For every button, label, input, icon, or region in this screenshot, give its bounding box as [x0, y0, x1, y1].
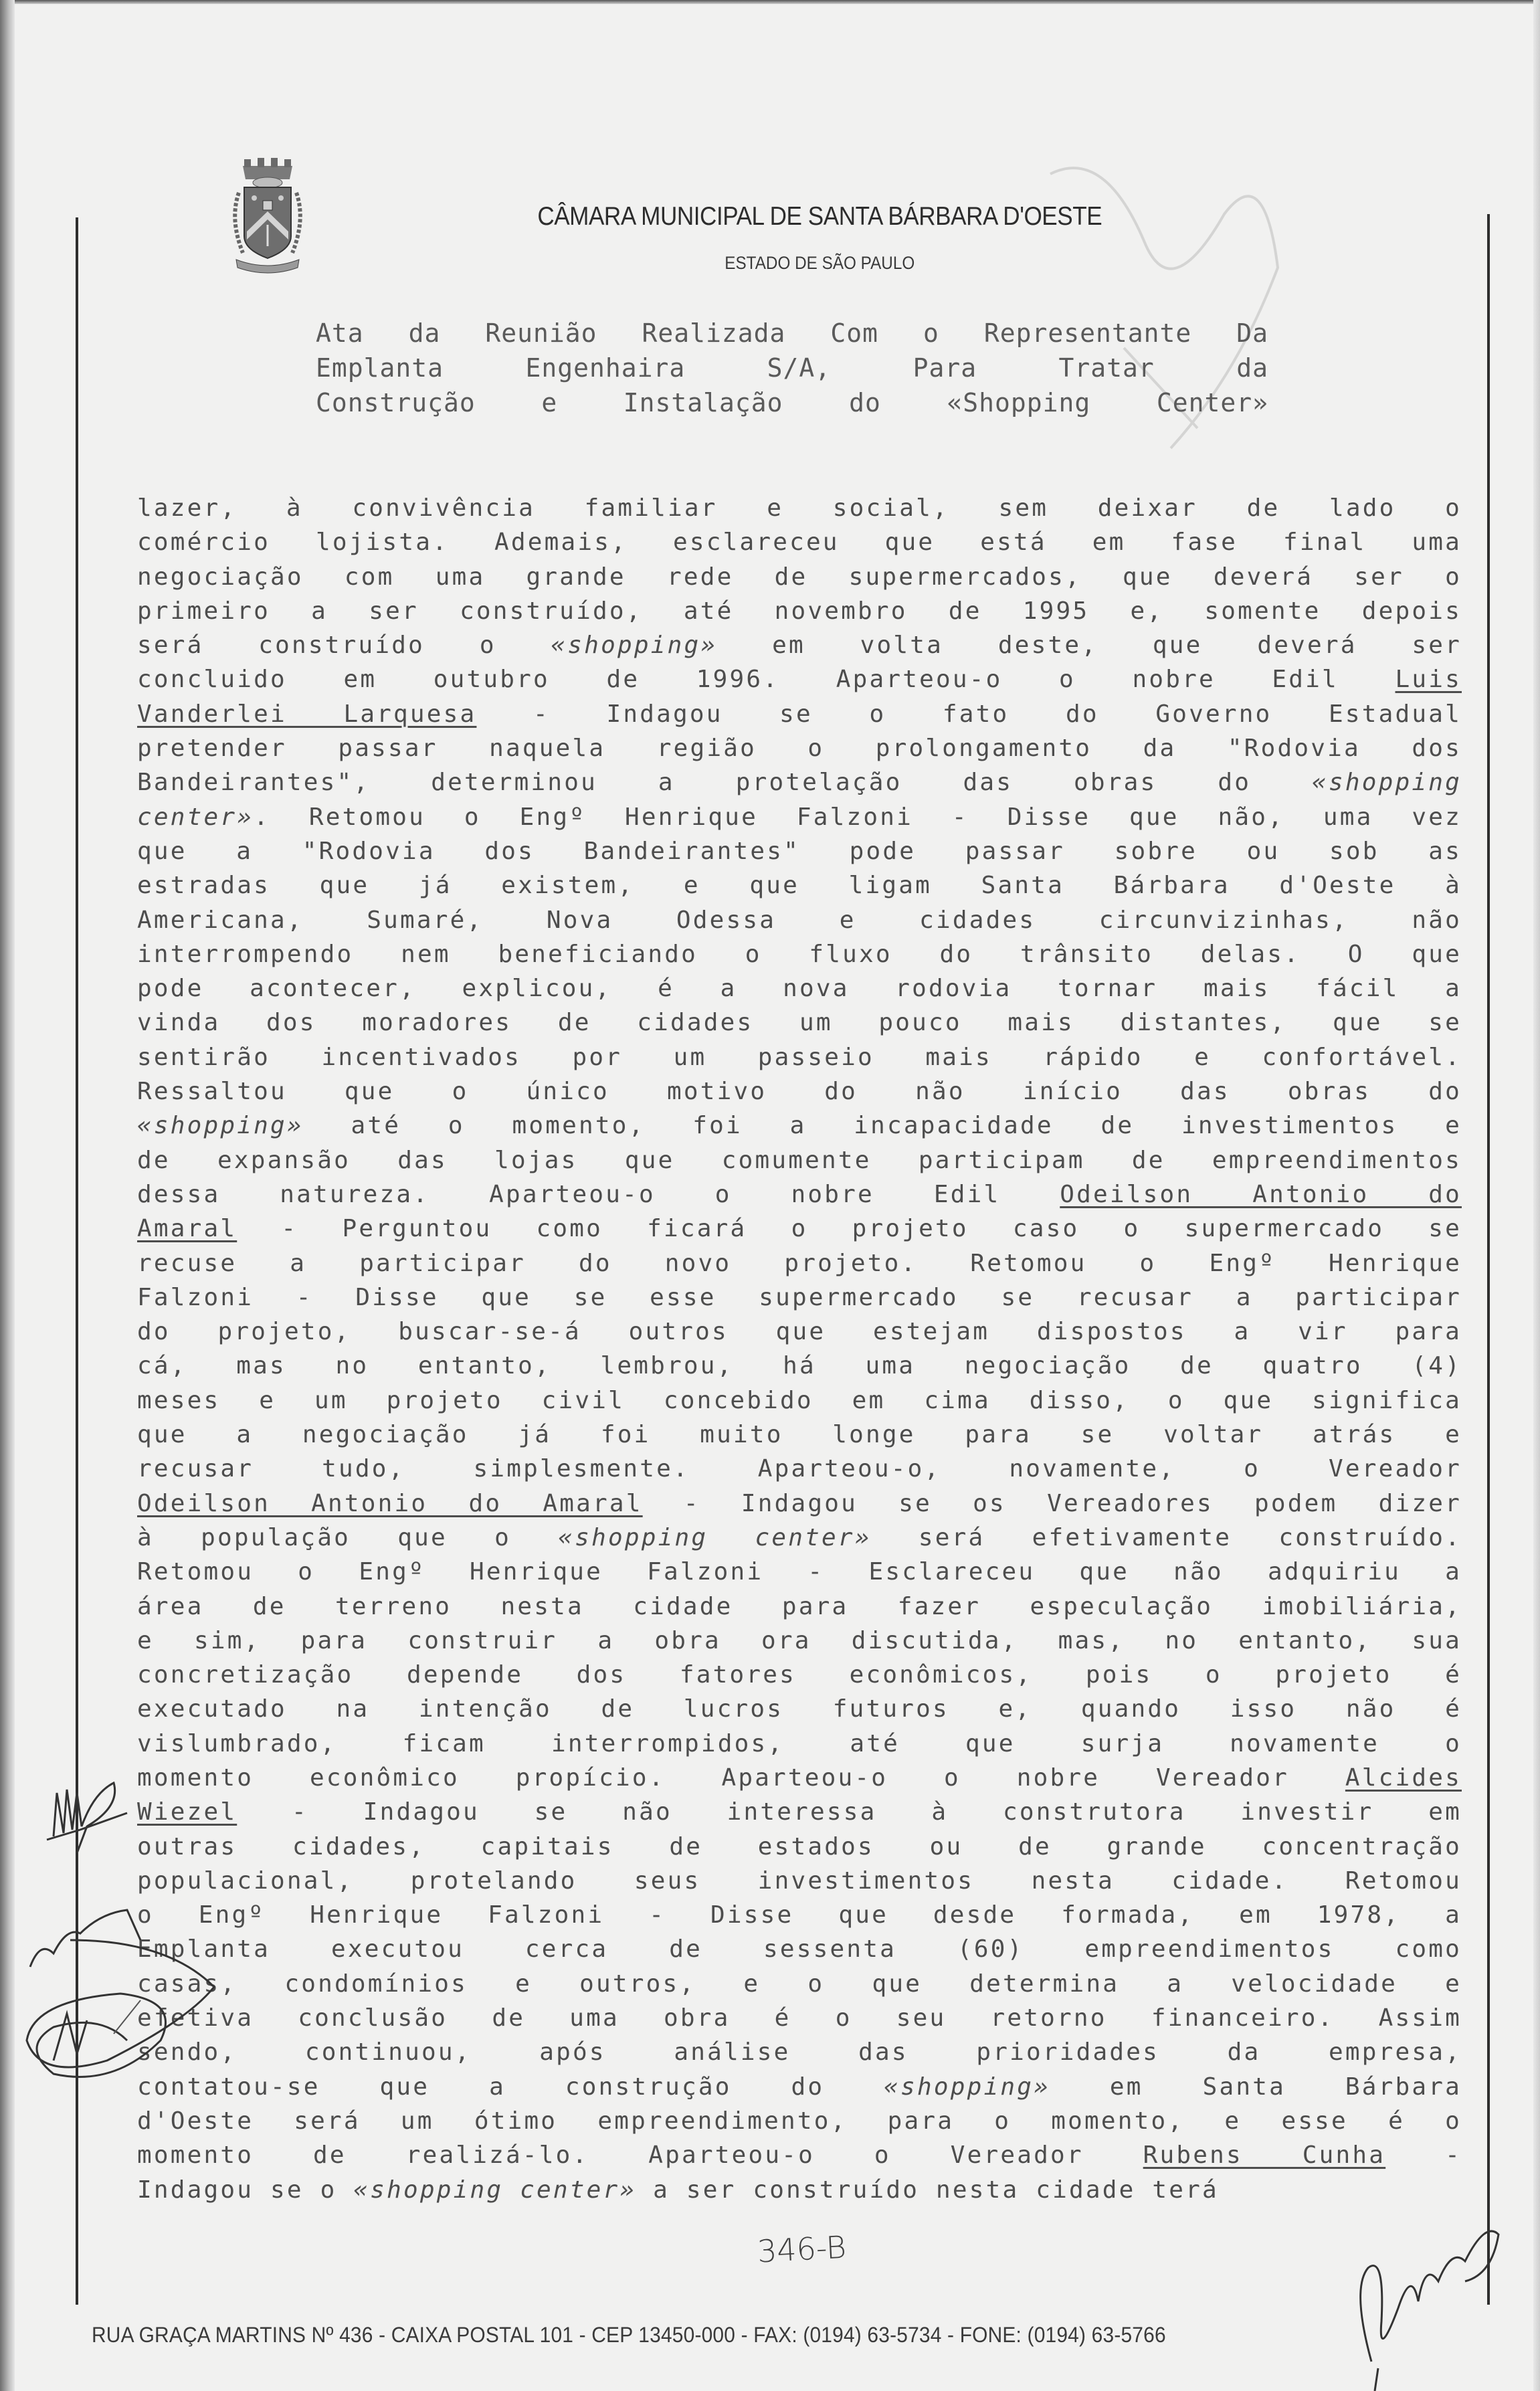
body-text-run: - Indagou se não interessa à construtora…	[237, 1798, 1462, 1826]
emphasized-term: «shopping»	[884, 2073, 1050, 2101]
body-line: interrompendo nem beneficiando o fluxo d…	[137, 937, 1462, 971]
body-line: à população que o «shopping center» será…	[137, 1521, 1462, 1555]
body-text-run: . Retomou o Engº Henrique Falzoni - Diss…	[254, 803, 1462, 831]
body-text-run: que a "Rodovia dos Bandeirantes" pode pa…	[137, 838, 1462, 865]
body-line: que a "Rodovia dos Bandeirantes" pode pa…	[137, 834, 1462, 868]
body-line: recusar tudo, simplesmente. Aparteou-o, …	[137, 1452, 1462, 1486]
body-text-run: à população que o	[137, 1524, 558, 1551]
speaker-name: Amaral	[137, 1215, 237, 1242]
body-text-run: pode acontecer, explicou, é a nova rodov…	[137, 975, 1462, 1002]
body-line: Americana, Sumaré, Nova Odessa e cidades…	[137, 903, 1462, 937]
body-text-run: efetiva conclusão de uma obra é o seu re…	[137, 2004, 1462, 2032]
body-line: Amaral - Perguntou como ficará o projeto…	[137, 1212, 1462, 1246]
body-line: casas, condomínios e outros, e o que det…	[137, 1967, 1462, 2001]
body-text-run: do projeto, buscar-se-á outros que estej…	[137, 1318, 1462, 1345]
speaker-name: Odeilson Antonio do	[1060, 1181, 1462, 1208]
body-line: sendo, continuou, após análise das prior…	[137, 2035, 1462, 2069]
body-text-run: Bandeirantes", determinou a protelação d…	[137, 769, 1312, 796]
body-line: meses e um projeto civil concebido em ci…	[137, 1383, 1462, 1418]
body-line: Retomou o Engº Henrique Falzoni - Esclar…	[137, 1555, 1462, 1589]
body-line: primeiro a ser construído, até novembro …	[137, 594, 1462, 628]
emphasized-term: «shopping center»	[558, 1524, 871, 1551]
body-line: concretização depende dos fatores econôm…	[137, 1658, 1462, 1692]
body-line: efetiva conclusão de uma obra é o seu re…	[137, 2001, 1462, 2035]
body-text-run: estradas que já existem, e que ligam San…	[137, 872, 1462, 899]
body-text-run: - Perguntou como ficará o projeto caso o…	[237, 1215, 1462, 1242]
body-text-run: lazer, à convivência familiar e social, …	[137, 494, 1462, 522]
body-text-run: recuse a participar do novo projeto. Ret…	[137, 1250, 1462, 1277]
body-text-run: outras cidades, capitais de estados ou d…	[137, 1833, 1462, 1860]
body-line: Wiezel - Indagou se não interessa à cons…	[137, 1795, 1462, 1829]
body-line: executado na intenção de lucros futuros …	[137, 1692, 1462, 1726]
body-text-run: momento econômico propício. Aparteou-o o…	[137, 1764, 1345, 1792]
body-text-run: Emplanta executou cerca de sessenta (60)…	[137, 1935, 1462, 1963]
body-line: momento econômico propício. Aparteou-o o…	[137, 1761, 1462, 1795]
speaker-name: Vanderlei Larquesa	[137, 700, 476, 728]
body-line: pretender passar naquela região o prolon…	[137, 731, 1462, 765]
body-text-run: que a negociação já foi muito longe para…	[137, 1421, 1462, 1448]
body-text-run: vinda dos moradores de cidades um pouco …	[137, 1009, 1462, 1036]
body-text-run: sendo, continuou, após análise das prior…	[137, 2038, 1462, 2066]
body-line: outras cidades, capitais de estados ou d…	[137, 1830, 1462, 1864]
body-line: o Engº Henrique Falzoni - Disse que desd…	[137, 1898, 1462, 1932]
body-text-run: -	[1385, 2141, 1462, 2169]
body-text-run: até o momento, foi a incapacidade de inv…	[304, 1112, 1462, 1139]
document-body: lazer, à convivência familiar e social, …	[137, 491, 1462, 2207]
body-line: será construído o «shopping» em volta de…	[137, 628, 1462, 662]
body-text-run: primeiro a ser construído, até novembro …	[137, 597, 1462, 625]
body-text-run: Retomou o Engº Henrique Falzoni - Esclar…	[137, 1558, 1462, 1586]
body-text-run: negociação com uma grande rede de superm…	[137, 563, 1462, 591]
body-text-run: pretender passar naquela região o prolon…	[137, 735, 1462, 762]
body-line: vislumbrado, ficam interrompidos, até qu…	[137, 1727, 1462, 1761]
body-text-run: o Engº Henrique Falzoni - Disse que desd…	[137, 1901, 1462, 1929]
speaker-name: Wiezel	[137, 1798, 237, 1826]
body-text-run: será construído o	[137, 632, 551, 659]
body-text-run: em Santa Bárbara	[1050, 2073, 1462, 2101]
page-edge-top	[0, 0, 1540, 4]
body-line: contatou-se que a construção do «shoppin…	[137, 2070, 1462, 2104]
body-line: cá, mas no entanto, lembrou, há uma nego…	[137, 1349, 1462, 1383]
body-text-run: Ressaltou que o único motivo do não iníc…	[137, 1078, 1462, 1105]
body-line: «shopping» até o momento, foi a incapaci…	[137, 1109, 1462, 1143]
right-margin-rule	[1487, 214, 1490, 2305]
body-line: Ressaltou que o único motivo do não iníc…	[137, 1074, 1462, 1109]
body-text-run: casas, condomínios e outros, e o que det…	[137, 1970, 1462, 1998]
emphasized-term: «shopping center»	[353, 2176, 636, 2204]
body-line: d'Oeste será um ótimo empreendimento, pa…	[137, 2104, 1462, 2138]
body-text-run: vislumbrado, ficam interrompidos, até qu…	[137, 1730, 1462, 1757]
emphasized-term: center»	[137, 803, 254, 831]
body-line: de expansão das lojas que comumente part…	[137, 1143, 1462, 1177]
body-line: center». Retomou o Engº Henrique Falzoni…	[137, 800, 1462, 834]
body-text-run: Falzoni - Disse que se esse supermercado…	[137, 1284, 1462, 1311]
emphasized-term: «shopping»	[137, 1112, 304, 1139]
speaker-name: Rubens Cunha	[1143, 2141, 1386, 2169]
body-line: recuse a participar do novo projeto. Ret…	[137, 1246, 1462, 1280]
body-line: momento de realizá-lo. Aparteou-o o Vere…	[137, 2138, 1462, 2172]
body-line: comércio lojista. Ademais, esclareceu qu…	[137, 525, 1462, 559]
body-text-run: em volta deste, que deverá ser	[717, 632, 1462, 659]
speaker-name: Luis	[1395, 666, 1462, 693]
body-text-run: momento de realizá-lo. Aparteou-o o Vere…	[137, 2141, 1143, 2169]
footer-address: RUA GRAÇA MARTINS Nº 436 - CAIXA POSTAL …	[92, 2323, 1399, 2348]
body-text-run: dessa natureza. Aparteou-o o nobre Edil	[137, 1181, 1060, 1208]
body-line: lazer, à convivência familiar e social, …	[137, 491, 1462, 525]
page-edge-left	[0, 0, 15, 2391]
body-text-run: será efetivamente construído.	[872, 1524, 1462, 1551]
emphasized-term: «shopping»	[551, 632, 718, 659]
body-line: Emplanta executou cerca de sessenta (60)…	[137, 1932, 1462, 1966]
body-line: Odeilson Antonio do Amaral - Indagou se …	[137, 1487, 1462, 1521]
body-text-run: d'Oeste será um ótimo empreendimento, pa…	[137, 2107, 1462, 2135]
left-margin-signature-3	[13, 1927, 221, 2114]
body-text-run: Indagou se o	[137, 2176, 353, 2204]
body-text-run: contatou-se que a construção do	[137, 2073, 884, 2101]
body-line: Indagou se o «shopping center» a ser con…	[137, 2173, 1462, 2207]
body-line: estradas que já existem, e que ligam San…	[137, 868, 1462, 902]
emphasized-term: «shopping	[1312, 769, 1462, 796]
body-line: Vanderlei Larquesa - Indagou se o fato d…	[137, 697, 1462, 731]
body-text-run: cá, mas no entanto, lembrou, há uma nego…	[137, 1352, 1462, 1379]
speaker-name: Alcides	[1345, 1764, 1462, 1792]
bottom-right-initials	[1331, 2208, 1519, 2391]
body-text-run: a ser construído nesta cidade terá	[636, 2176, 1219, 2204]
left-margin-signature-1	[40, 1766, 147, 1860]
body-line: do projeto, buscar-se-á outros que estej…	[137, 1315, 1462, 1349]
body-text-run: executado na intenção de lucros futuros …	[137, 1695, 1462, 1723]
body-line: Bandeirantes", determinou a protelação d…	[137, 765, 1462, 799]
body-line: negociação com uma grande rede de superm…	[137, 560, 1462, 594]
page-edge-right	[1533, 0, 1540, 2391]
body-text-run: Americana, Sumaré, Nova Odessa e cidades…	[137, 906, 1462, 934]
body-text-run: de expansão das lojas que comumente part…	[137, 1147, 1462, 1174]
body-line: populacional, protelando seus investimen…	[137, 1864, 1462, 1898]
body-text-run: área de terreno nesta cidade para fazer …	[137, 1593, 1462, 1620]
body-text-run: e sim, para construir a obra ora discuti…	[137, 1627, 1462, 1654]
body-text-run: - Indagou se o fato do Governo Estadual	[476, 700, 1462, 728]
body-text-run: sentirão incentivados por um passeio mai…	[137, 1044, 1462, 1071]
body-line: e sim, para construir a obra ora discuti…	[137, 1624, 1462, 1658]
speaker-name: Odeilson Antonio do Amaral	[137, 1490, 643, 1517]
body-text-run: concretização depende dos fatores econôm…	[137, 1661, 1462, 1689]
body-text-run: comércio lojista. Ademais, esclareceu qu…	[137, 529, 1462, 556]
body-line: vinda dos moradores de cidades um pouco …	[137, 1006, 1462, 1040]
body-line: pode acontecer, explicou, é a nova rodov…	[137, 971, 1462, 1006]
body-line: que a negociação já foi muito longe para…	[137, 1418, 1462, 1452]
body-line: sentirão incentivados por um passeio mai…	[137, 1040, 1462, 1074]
top-stray-signature	[1024, 134, 1305, 482]
body-line: Falzoni - Disse que se esse supermercado…	[137, 1280, 1462, 1315]
body-text-run: concluido em outubro de 1996. Aparteou-o…	[137, 666, 1395, 693]
body-text-run: meses e um projeto civil concebido em ci…	[137, 1387, 1462, 1414]
body-text-run: recusar tudo, simplesmente. Aparteou-o, …	[137, 1455, 1462, 1483]
body-line: área de terreno nesta cidade para fazer …	[137, 1590, 1462, 1624]
body-text-run: - Indagou se os Vereadores podem dizer	[643, 1490, 1462, 1517]
handwritten-page-number: 346-B	[757, 2229, 848, 2270]
body-text-run: interrompendo nem beneficiando o fluxo d…	[137, 941, 1462, 968]
body-line: concluido em outubro de 1996. Aparteou-o…	[137, 662, 1462, 696]
body-line: dessa natureza. Aparteou-o o nobre Edil …	[137, 1177, 1462, 1212]
body-text-run: populacional, protelando seus investimen…	[137, 1867, 1462, 1895]
